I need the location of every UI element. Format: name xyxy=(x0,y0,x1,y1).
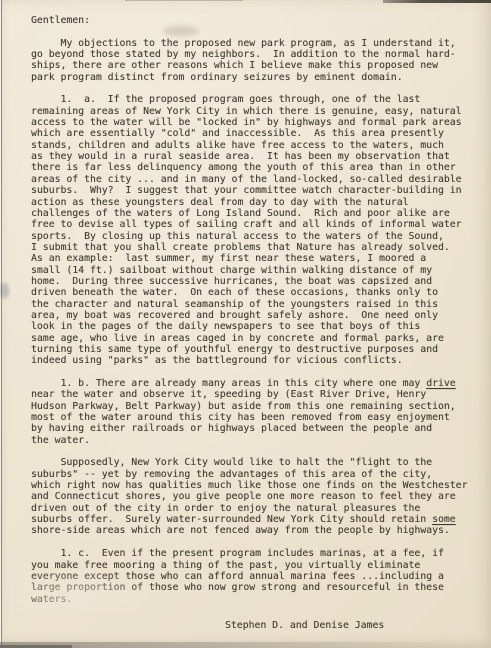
text-line: which are essentially "cold" and inacces… xyxy=(31,128,491,139)
text-line: and Connecticut shores, you give people … xyxy=(31,491,491,502)
paragraph: Supposedly, New York City would like to … xyxy=(31,457,491,536)
text-line: look in the pages of the daily newspaper… xyxy=(31,321,491,332)
paragraph: 1. b. There are already many areas in th… xyxy=(31,378,491,446)
text-line: indeed using "parks" as the battleground… xyxy=(31,355,491,366)
text-line: 1. c. Even if the present program includ… xyxy=(31,548,491,559)
text-line: Hudson Parkway, Belt Parkway) but aside … xyxy=(31,401,491,412)
text-line: the character and natural seamanship of … xyxy=(31,299,491,310)
text-line: 1. a. If the proposed program goes throu… xyxy=(31,94,491,105)
text-line: sports. By closing up this natural acces… xyxy=(31,231,491,242)
text-line: park program distinct from ordinary seiz… xyxy=(31,72,491,83)
text-line: shore-side areas which are not fenced aw… xyxy=(31,525,491,536)
text-line: area, my boat was recovered and brought … xyxy=(31,310,491,321)
text-line: which right now has qualities much like … xyxy=(31,480,491,491)
text-line: ships, there are other reasons which I b… xyxy=(31,60,491,71)
paragraph: My objections to the proposed new park p… xyxy=(31,38,491,83)
text-line: I submit that you shall create problems … xyxy=(31,242,491,253)
paragraph: 1. a. If the proposed program goes throu… xyxy=(31,94,491,366)
text-line: as they would in a rural seaside area. I… xyxy=(31,151,491,162)
text-line: you make free mooring a thing of the pas… xyxy=(31,560,491,571)
text-line: there is far less delinquency among the … xyxy=(31,162,491,173)
text-line: free to devise all types of sailing craf… xyxy=(31,219,491,230)
text-line: Supposedly, New York City would like to … xyxy=(31,457,491,468)
signature: Stephen D. and Denise James xyxy=(225,620,491,631)
text-line: the water. xyxy=(31,435,491,446)
text-line: small (14 ft.) sailboat without charge w… xyxy=(31,265,491,276)
text-line: most of the water around this city has b… xyxy=(31,412,491,423)
text-line: same age, who live in areas caged in by … xyxy=(31,333,491,344)
text-line: remaining areas of New York City in whic… xyxy=(31,106,491,117)
text-line: areas of the city ... and in many of the… xyxy=(31,174,491,185)
text-line: go beyond those stated by my neighbors. … xyxy=(31,49,491,60)
text-line: challenges of the waters of Long Island … xyxy=(31,208,491,219)
text-line: home. During three successive hurricanes… xyxy=(31,276,491,287)
text-line: turning this same type of youthful energ… xyxy=(31,344,491,355)
underlined-word: drive xyxy=(426,378,456,389)
scan-edge-bottom xyxy=(0,642,472,648)
text-line: driven beneath the water. On each of the… xyxy=(31,287,491,298)
paragraph: 1. c. Even if the present program includ… xyxy=(31,548,491,605)
text-line: suburbs offer. Surely water-surrounded N… xyxy=(31,514,491,525)
text-line: My objections to the proposed new park p… xyxy=(31,38,491,49)
text-line: suburbs" -- yet by removing the advantag… xyxy=(31,469,491,480)
text-line: suburbs. Why? I suggest that your commit… xyxy=(31,185,491,196)
text-line: driven out of the city in order to enjoy… xyxy=(31,503,491,514)
text-line: action as these youngsters deal from day… xyxy=(31,197,491,208)
text-line: 1. b. There are already many areas in th… xyxy=(31,378,491,389)
text-line: access to the water will be "locked in" … xyxy=(31,117,491,128)
underlined-word: some xyxy=(432,514,456,525)
text-line: As an example: last summer, my first nea… xyxy=(31,253,491,264)
letter-content: Gentlemen: My objections to the proposed… xyxy=(0,0,491,631)
salutation: Gentlemen: xyxy=(31,15,491,26)
text-line: near the water and observe it, speeding … xyxy=(31,389,491,400)
text-line: by having either railroads or highways p… xyxy=(31,423,491,434)
text-line: everyone except those who can afford ann… xyxy=(31,571,491,582)
text-line: large proportion of those who now grow s… xyxy=(31,582,491,593)
letter-body: My objections to the proposed new park p… xyxy=(31,38,491,605)
text-line: stands, children and adults alike have f… xyxy=(31,140,491,151)
text-line: waters. xyxy=(31,594,491,605)
scanned-letter-page: Gentlemen: My objections to the proposed… xyxy=(0,0,491,648)
